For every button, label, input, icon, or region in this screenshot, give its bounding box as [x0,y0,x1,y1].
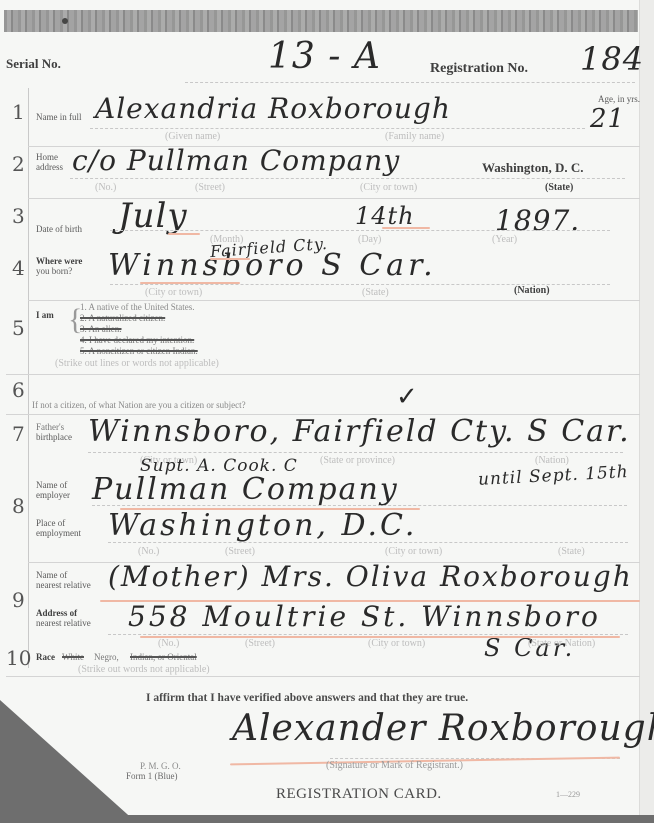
employer-label-1: Name of [36,480,67,490]
sub-family-name: (Family name) [385,131,444,142]
race-option-negro: Negro, [94,652,119,662]
sub-state: (State) [545,182,573,193]
form-code-line-2: Form 1 (Blue) [126,771,178,781]
i-am-label: I am [36,310,54,320]
place-of-employment-label-2: employment [36,528,81,538]
sub-state: (State) [362,287,389,298]
sub-given-name: (Given name) [165,131,220,142]
signature-caption: (Signature or Mark of Registrant.) [326,760,463,771]
employer-rule [92,505,627,506]
printed-city: Washington, D. C. [482,160,584,176]
father-birthplace-value: Winnsboro, Fairfield Cty. S Car. [88,414,631,449]
sub-street: (Street) [225,546,255,557]
header-rule [185,82,635,83]
serial-label: Serial No. [6,56,61,72]
birthplace-label-2: you born? [36,266,72,276]
relative-value: (Mother) Mrs. Oliva Roxborough [108,560,633,593]
field-number-4: 4 [12,256,25,280]
registration-card: Serial No. 13 - A Registration No. 184 1… [0,0,654,823]
citizen-question: If not a citizen, of what Nation are you… [32,400,246,410]
race-label: Race [36,652,55,662]
birthplace-label-1: Where were [36,256,82,266]
separator [6,676,640,677]
address-rule [70,178,625,179]
sub-state: (State or province) [320,455,395,466]
sub-no: (No.) [158,638,179,649]
sub-city: (City or town) [385,546,442,557]
age-value: 21 [590,104,625,134]
scan-bottom-border [0,815,654,823]
dob-label: Date of birth [36,224,82,234]
dob-rule [110,230,610,231]
field-number-10: 10 [6,646,31,670]
sub-state: (State) [558,546,585,557]
relative-address-label-1: Address of [36,608,77,618]
dob-day: 14th [355,202,415,230]
field-number-6: 6 [12,378,25,402]
red-underline [382,227,430,229]
employment-rule [108,542,628,543]
race-note: (Strike out words not applicable) [78,664,210,675]
form-code-line-1: P. M. G. O. [140,761,181,771]
relative-address-rule [108,634,628,635]
left-column-rule [28,88,29,668]
sub-no: (No.) [95,182,116,193]
employer-label-2: employer [36,490,70,500]
sub-nation: (Nation) [514,285,550,296]
registration-value: 184 [580,40,644,78]
option-2: 2. A naturalized citizen. [80,313,165,323]
print-code: 1—229 [556,790,580,799]
scan-top-border [4,10,638,32]
birthplace-value: Winnsboro S Car. [108,248,437,283]
sub-city: (City or town) [360,182,417,193]
race-option-other: Indian, or Oriental [130,652,197,662]
father-birthplace-label-1: Father's [36,422,64,432]
strike-out-note: (Strike out lines or words not applicabl… [55,358,219,369]
sub-street: (Street) [195,182,225,193]
place-of-employment-label-1: Place of [36,518,65,528]
field-number-2: 2 [12,152,25,176]
scan-corner-shadow [0,700,140,823]
father-birthplace-label-2: birthplace [36,432,72,442]
name-rule [90,128,585,129]
name-value: Alexandria Roxborough [95,92,451,125]
punch-hole [62,18,68,24]
affirmation-text: I affirm that I have verified above answ… [146,692,468,704]
place-of-employment-value: Washington, D.C. [108,508,417,543]
name-label: Name in full [36,112,82,122]
employer-value: Pullman Company [92,472,399,507]
home-address-value: c/o Pullman Company [72,144,400,177]
relative-address-label-2: nearest relative [36,618,91,628]
option-1: 1. A native of the United States. [80,302,194,312]
field-number-7: 7 [12,422,25,446]
serial-value: 13 - A [268,36,381,77]
until-note: until Sept. 15th [478,462,629,490]
separator [28,300,640,301]
field-number-9: 9 [12,588,25,612]
home-address-label-2: address [36,162,63,172]
red-underline [210,258,250,260]
red-underline [168,233,200,235]
sub-day: (Day) [358,234,381,245]
option-3: 3. An alien. [80,324,122,334]
option-4: 4. I have declared my intention. [80,335,194,345]
sub-state: (State or Nation) [528,638,595,649]
father-birthplace-rule [88,452,623,453]
option-5: 5. A noncitizen or citizen Indian. [80,346,198,356]
sub-no: (No.) [138,546,159,557]
field-number-5: 5 [12,316,25,340]
sub-city: (City or town) [368,638,425,649]
card-title: REGISTRATION CARD. [276,786,442,803]
sub-city: (City or town) [145,287,202,298]
age-label: Age, in yrs. [598,94,640,104]
home-address-label-1: Home [36,152,58,162]
dob-year: 1897. [495,204,580,237]
checkmark-icon: ✓ [396,382,419,412]
relative-label-1: Name of [36,570,67,580]
sub-nation: (Nation) [535,455,569,466]
field-number-1: 1 [12,100,25,124]
race-option-white: White [62,652,84,662]
sub-street: (Street) [245,638,275,649]
field-number-8: 8 [12,494,25,518]
relative-address-value: 558 Moultrie St. Winnsboro [128,600,601,633]
relative-label-2: nearest relative [36,580,91,590]
sub-year: (Year) [492,234,517,245]
card-right-edge [639,0,654,823]
separator [6,374,640,375]
field-number-3: 3 [12,204,25,228]
signature: Alexander Roxborough [232,708,654,749]
registration-label: Registration No. [430,61,528,77]
